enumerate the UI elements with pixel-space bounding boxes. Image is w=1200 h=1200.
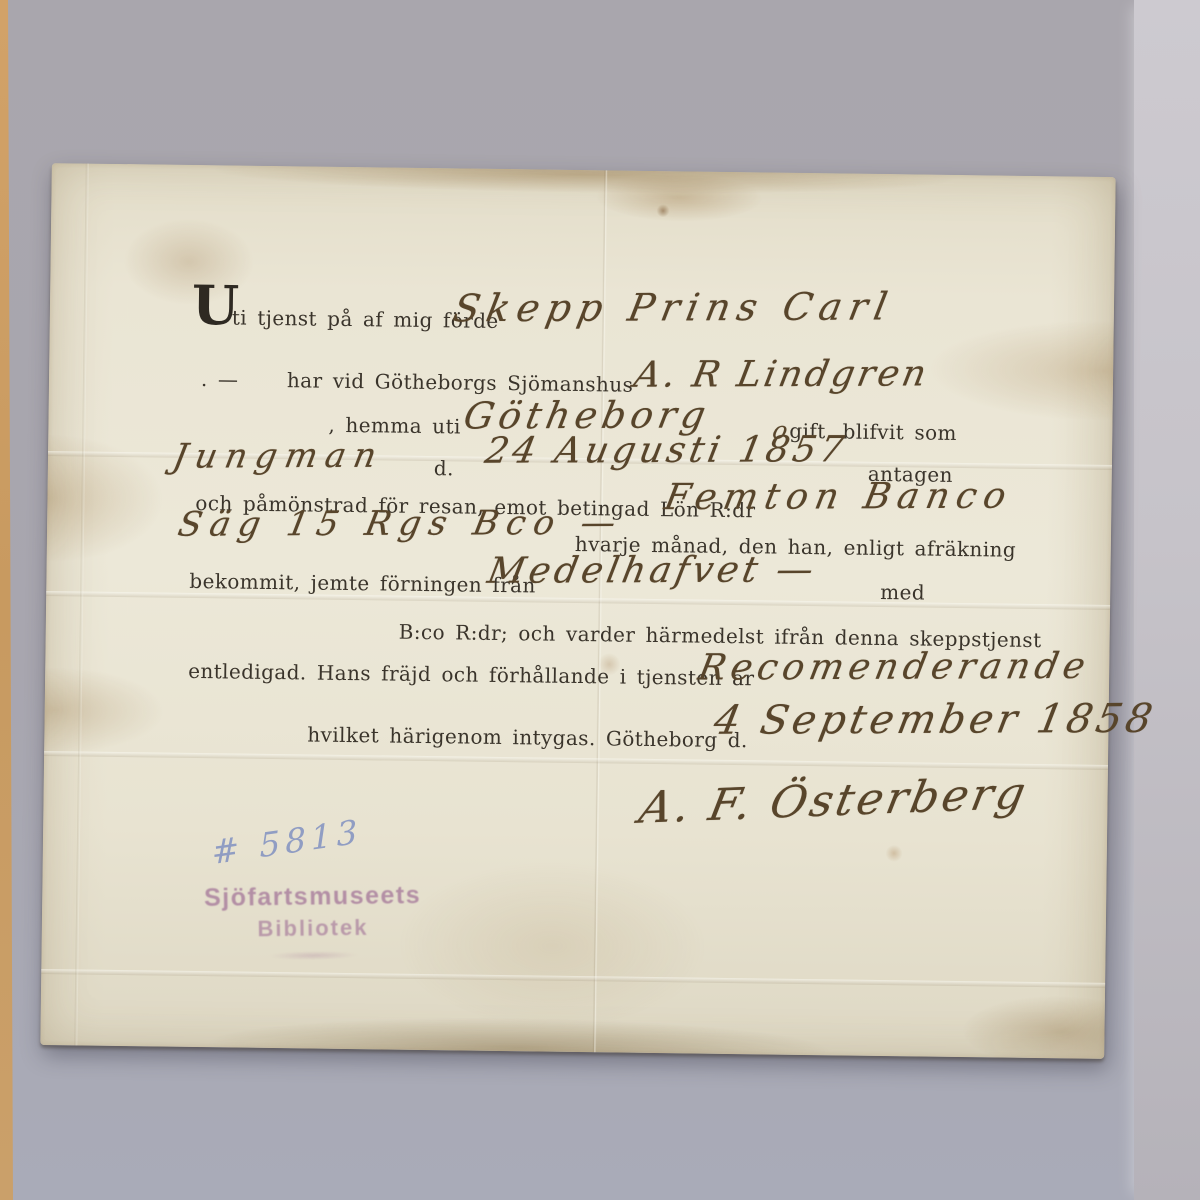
hand-date-signed-on: 24 Augusti 1857 xyxy=(482,429,851,471)
hand-wage: Femton Banco xyxy=(661,476,1016,518)
printed-line2: har vid Götheborgs Sjömanshus xyxy=(287,368,634,397)
hand-signature: A. F. Österberg xyxy=(635,768,1032,834)
stamp-faded-line xyxy=(253,949,373,963)
wood-table-edge xyxy=(0,0,14,1200)
printed-line9: entledigad. Hans fräjd och förhållande i… xyxy=(188,659,755,690)
printed-line7-suffix: med xyxy=(880,580,925,605)
stamp-line2: Bibliotek xyxy=(188,914,438,943)
pencil-accession-number: # 5813 xyxy=(211,811,363,872)
hand-voyage-from: Medelhafvet — xyxy=(484,549,820,591)
horizontal-fold-crease xyxy=(41,969,1105,988)
stamp-line1: Sjöfartsmuseets xyxy=(187,881,437,913)
hand-seaman-name: A. R Lindgren xyxy=(631,354,933,396)
hand-wage-detail: Säg 15 Rgs Bco — xyxy=(175,503,627,545)
hand-date-issued: 4 September 1858 xyxy=(710,696,1160,744)
horizontal-fold-crease xyxy=(46,591,1110,610)
printed-line10: hvilket härigenom intygas. Götheborg d. xyxy=(307,722,748,752)
hand-ship-name: Skepp Prins Carl xyxy=(450,285,898,331)
library-stamp: Sjöfartsmuseets Bibliotek xyxy=(187,881,438,963)
hand-rank: Jungman xyxy=(170,436,388,477)
horizontal-fold-crease xyxy=(44,751,1108,770)
backdrop-light-band xyxy=(1134,0,1200,1200)
left-edge-crease xyxy=(74,164,89,1046)
blank-rule xyxy=(207,415,319,416)
printed-line4-d: d. xyxy=(434,456,454,480)
hand-conduct: Recomenderande xyxy=(695,646,1094,689)
printed-line7: bekommit, jemte förningen från xyxy=(189,569,536,598)
printed-line2-prefix: . — xyxy=(201,367,239,391)
certificate-document: U ti tjenst på af mig förde Skepp Prins … xyxy=(40,163,1115,1059)
printed-line3: , hemma uti xyxy=(328,413,461,439)
